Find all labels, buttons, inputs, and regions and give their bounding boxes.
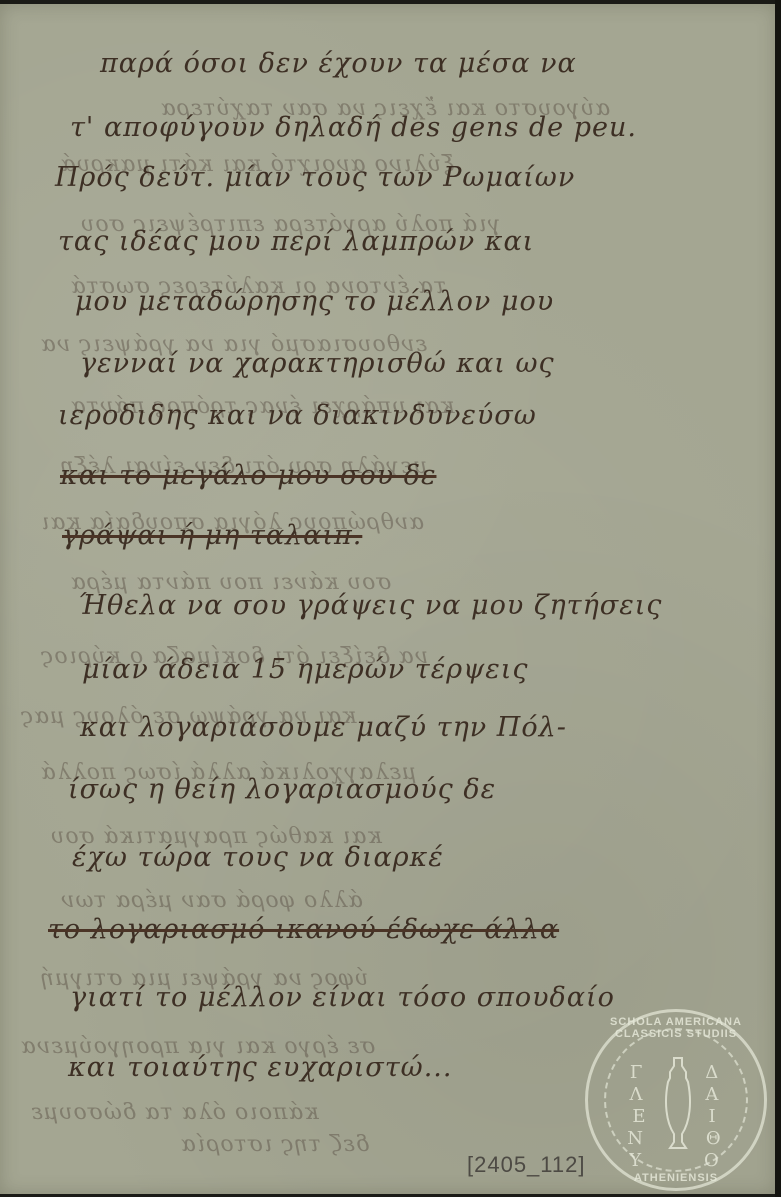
seal-letters: Γ ΔΛ ΑΕ ΙΝ ΘΥ Ο — [618, 1062, 738, 1172]
handwritten-line-struck: το λογαριασμό ικανού έδωχε άλλα — [48, 914, 559, 945]
seal-bottom-text: ATHENIENSIS — [588, 1172, 764, 1184]
handwritten-line: Πρός δεύτ. μίαν τους των Ρωμαίων — [55, 162, 575, 193]
handwritten-line: Ήθελα να σου γράψεις να μου ζητήσεις — [78, 590, 662, 621]
handwritten-line: έχω τώρα τους να διαρκέ — [72, 842, 444, 873]
manuscript-page: αύγουστο και ἔχεις να σαν ταχύτερα ξύλιν… — [0, 4, 776, 1194]
handwritten-line: γιατί το μέλλον είναι τόσο σπουδαίο — [70, 982, 615, 1013]
handwritten-line: μίαν άδεια 15 ημερών τέρψεις — [82, 654, 528, 685]
handwritten-line: τ' αποφύγουν δηλαδή des gens de peu. — [70, 112, 637, 143]
archive-reference-label: [2405_112] — [467, 1152, 585, 1178]
handwritten-line-struck: γράψαι ή μη ταλαιπ. — [62, 520, 362, 551]
handwritten-line-struck: και το μεγάλο μου σου δε — [60, 460, 436, 491]
handwritten-line: ίσως η θείη λογαριασμούς δε — [68, 774, 496, 805]
bleed-line: άλλο φορά σαν μέρα των — [60, 888, 363, 913]
scan-border — [775, 0, 781, 1197]
archive-seal: SCHOLA AMERICANA CLASSICIS STUDIIS Γ ΔΛ … — [585, 1009, 767, 1191]
handwritten-line: και τοιαύτης ευχαριστώ... — [68, 1052, 452, 1083]
handwritten-line: και λογαριάσουμε μαζύ την Πόλ- — [80, 712, 567, 743]
bleed-line: κάποιο όλα τα δώσουμε — [30, 1100, 319, 1125]
handwritten-line: τας ιδέας μου περί λαμπρών και — [58, 226, 534, 257]
handwritten-line: μου μεταδώρησης το μέλλον μου — [75, 286, 554, 317]
handwritten-line: παρά όσοι δεν έχουν τα μέσα να — [100, 48, 577, 79]
bleed-line: δεζ της ιστορία — [180, 1132, 369, 1157]
handwritten-line: γενναί να χαρακτηρισθώ και ως — [80, 348, 555, 379]
handwritten-line: ιεροδιδης και να διακινδυνεύσω — [58, 400, 537, 431]
